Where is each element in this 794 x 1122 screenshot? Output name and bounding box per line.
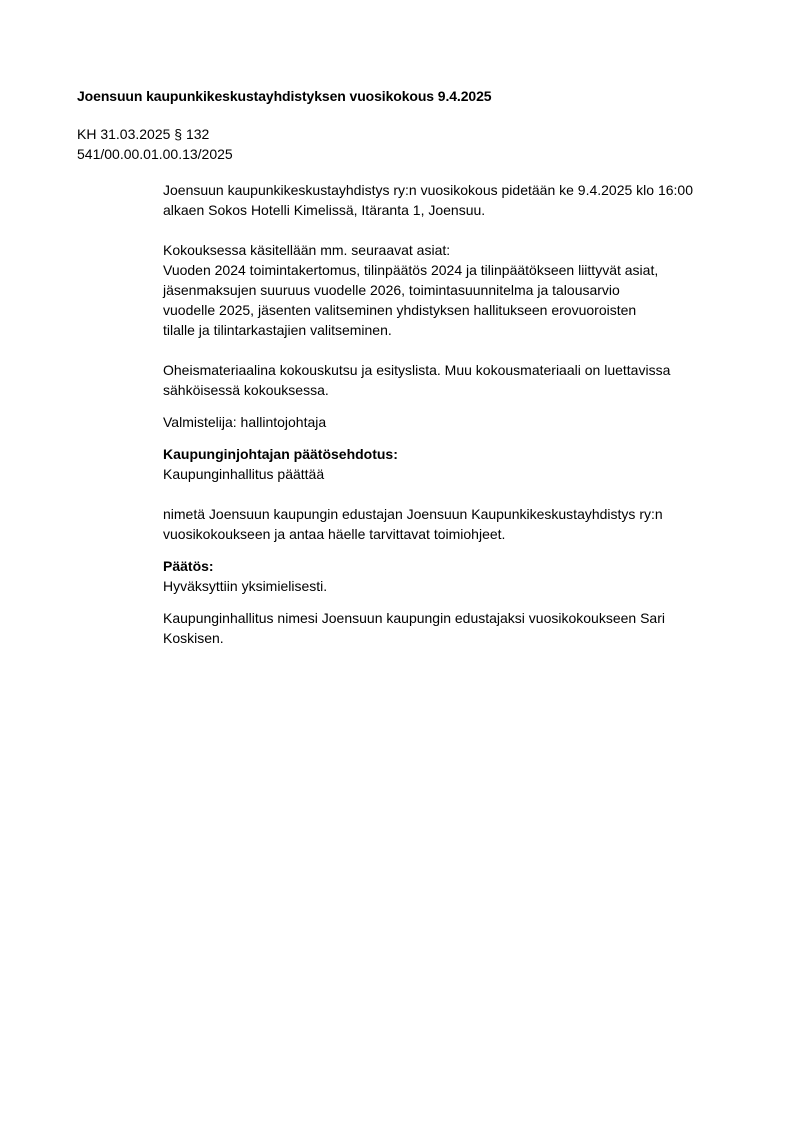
agenda-paragraph: Kokouksessa käsitellään mm. seuraavat as… <box>163 240 733 340</box>
decision-text: Hyväksyttiin yksimielisesti. <box>163 576 733 596</box>
meeting-reference: KH 31.03.2025 § 132 <box>77 124 233 144</box>
decision-heading: Päätös: <box>163 556 733 576</box>
decision-note: Kaupunginhallitus nimesi Joensuun kaupun… <box>163 608 733 648</box>
proposal-paragraph: nimetä Joensuun kaupungin edustajan Joen… <box>163 504 733 544</box>
attachments-paragraph: Oheismateriaalina kokouskutsu ja esitysl… <box>163 360 733 400</box>
document-body: Joensuun kaupunkikeskustayhdistys ry:n v… <box>163 180 733 648</box>
proposal-heading: Kaupunginjohtajan päätösehdotus: <box>163 444 733 464</box>
record-id: 541/00.00.01.00.13/2025 <box>77 144 233 164</box>
document-meta: KH 31.03.2025 § 132 541/00.00.01.00.13/2… <box>77 124 233 164</box>
document-title: Joensuun kaupunkikeskustayhdistyksen vuo… <box>77 88 491 104</box>
intro-paragraph: Joensuun kaupunkikeskustayhdistys ry:n v… <box>163 180 733 220</box>
proposal-lead: Kaupunginhallitus päättää <box>163 464 733 484</box>
preparer-line: Valmistelija: hallintojohtaja <box>163 412 733 432</box>
